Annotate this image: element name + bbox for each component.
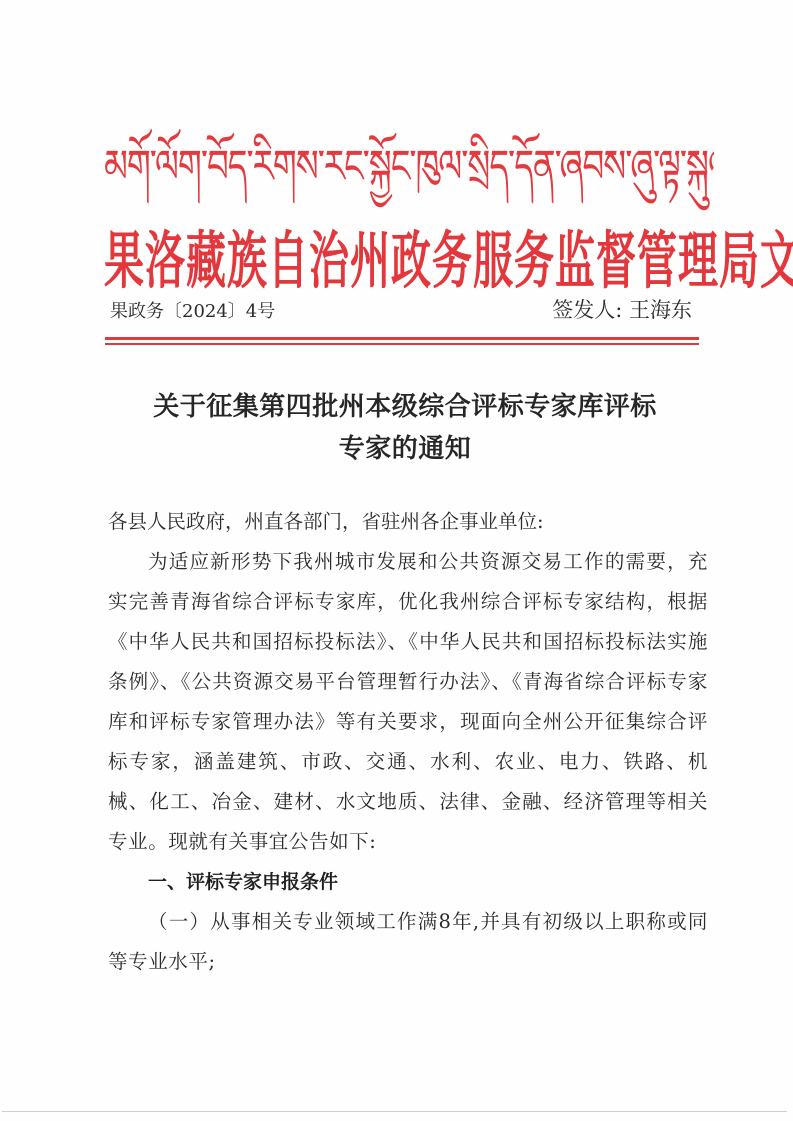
- document-title-line-2: 专家的通知: [110, 428, 700, 470]
- document-body: 各县人民政府，州直各部门，省驻州各企事业单位: 为适应新形势下我州城市发展和公共…: [108, 502, 708, 982]
- intro-paragraph: 为适应新形势下我州城市发展和公共资源交易工作的需要，充实完善青海省综合评标专家库…: [108, 542, 708, 862]
- red-divider-thick: [105, 337, 699, 340]
- salutation: 各县人民政府，州直各部门，省驻州各企事业单位:: [108, 502, 708, 542]
- document-meta-row: 果政务〔2024〕4号 签发人: 王海东: [110, 297, 700, 327]
- document-title: 关于征集第四批州本级综合评标专家库评标 专家的通知: [110, 386, 700, 470]
- section-item: （一）从事相关专业领域工作满8年,并具有初级以上职称或同等专业水平;: [108, 902, 708, 982]
- scan-edge-line: [2, 1111, 787, 1112]
- section-heading: 一、评标专家申报条件: [108, 862, 708, 902]
- document-number: 果政务〔2024〕4号: [110, 297, 275, 327]
- issuer-name: 王海东: [629, 298, 692, 322]
- document-page: མགོ་ལོག་བོད་རིགས་རང་སྐྱོང་ཁུལ་སྲིད་དོན་ཞ…: [0, 0, 793, 1121]
- document-title-line-1: 关于征集第四批州本级综合评标专家库评标: [110, 386, 700, 428]
- issuer: 签发人: 王海东: [552, 295, 692, 325]
- red-divider-thin: [105, 343, 699, 345]
- issuer-label: 签发人:: [552, 298, 622, 322]
